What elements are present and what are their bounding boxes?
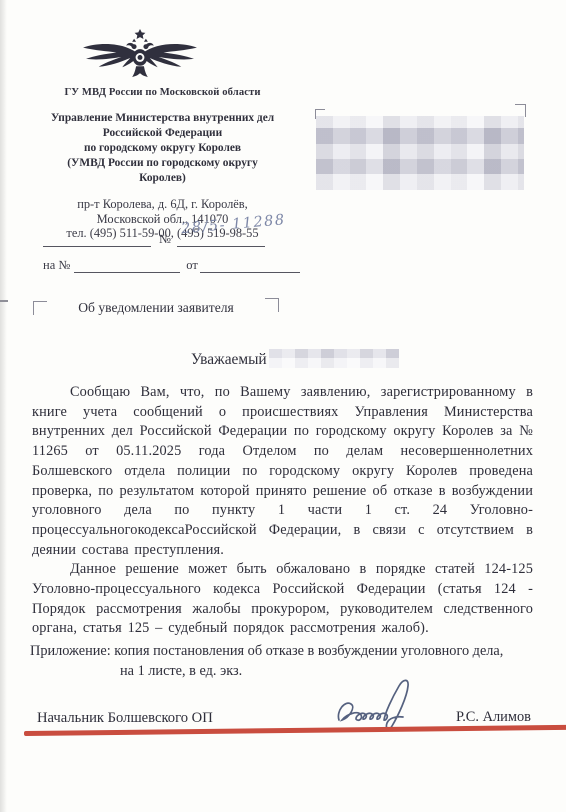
number-sign: №	[159, 232, 171, 247]
addressee-block	[313, 102, 529, 197]
signer-name: Р.С. Алимов	[456, 709, 531, 726]
body-paragraph-2: Данное решение может быть обжаловано в п…	[32, 560, 533, 639]
subject-line: Об уведомлении заявителя	[33, 296, 279, 320]
from-blank-line	[200, 259, 300, 273]
recipient-name-redacted-mosaic	[269, 349, 399, 368]
salutation-row: Уважаемый	[191, 349, 399, 369]
incoming-blank-line	[74, 259, 180, 273]
addressee-redacted-mosaic	[316, 116, 524, 190]
number-blank-line: 28/5- 11288	[177, 233, 265, 247]
letterhead: ГУ МВД России по Московской области Упра…	[45, 28, 280, 241]
corner-mark-icon	[33, 301, 47, 315]
corner-mark-icon	[265, 298, 279, 312]
incoming-label: на №	[43, 258, 70, 272]
reference-block: №28/5- 11288 на №от	[43, 232, 323, 276]
attachment-note: Приложение: копия постановления об отказ…	[30, 642, 540, 681]
address-line: пр-т Королева, д. 6Д, г. Королёв,	[45, 197, 280, 212]
scanned-letter-page: ГУ МВД России по Московской области Упра…	[0, 0, 566, 812]
scan-edge-mark	[0, 300, 8, 302]
agency-top-line: ГУ МВД России по Московской области	[45, 87, 280, 98]
salutation-word: Уважаемый	[191, 351, 267, 368]
organization-name: Управление Министерства внутренних дел Р…	[45, 111, 280, 186]
attachment-line-1: Приложение: копия постановления об отказ…	[30, 642, 540, 662]
org-line: по городскому округу Королев	[45, 141, 280, 156]
signer-position-title: Начальник Болшевского ОП	[37, 710, 213, 727]
attachment-line-2: на 1 листе, в ед. экз.	[120, 662, 540, 682]
org-line: Управление Министерства внутренних дел	[45, 111, 280, 126]
subject-block: Об уведомлении заявителя	[33, 296, 279, 320]
mvd-eagle-emblem-icon	[81, 28, 199, 82]
org-line: Российской Федерации	[45, 126, 280, 141]
body-paragraph-1: Сообщаю Вам, что, по Вашему заявлению, з…	[32, 383, 533, 560]
letter-body: Сообщаю Вам, что, по Вашему заявлению, з…	[32, 383, 533, 639]
org-line: (УМВД России по городскому округу Короле…	[45, 156, 280, 186]
outgoing-number-row: №28/5- 11288	[43, 232, 323, 250]
from-label: от	[186, 258, 198, 273]
incoming-number-row: на №от	[43, 258, 323, 276]
date-blank-line	[43, 233, 151, 247]
